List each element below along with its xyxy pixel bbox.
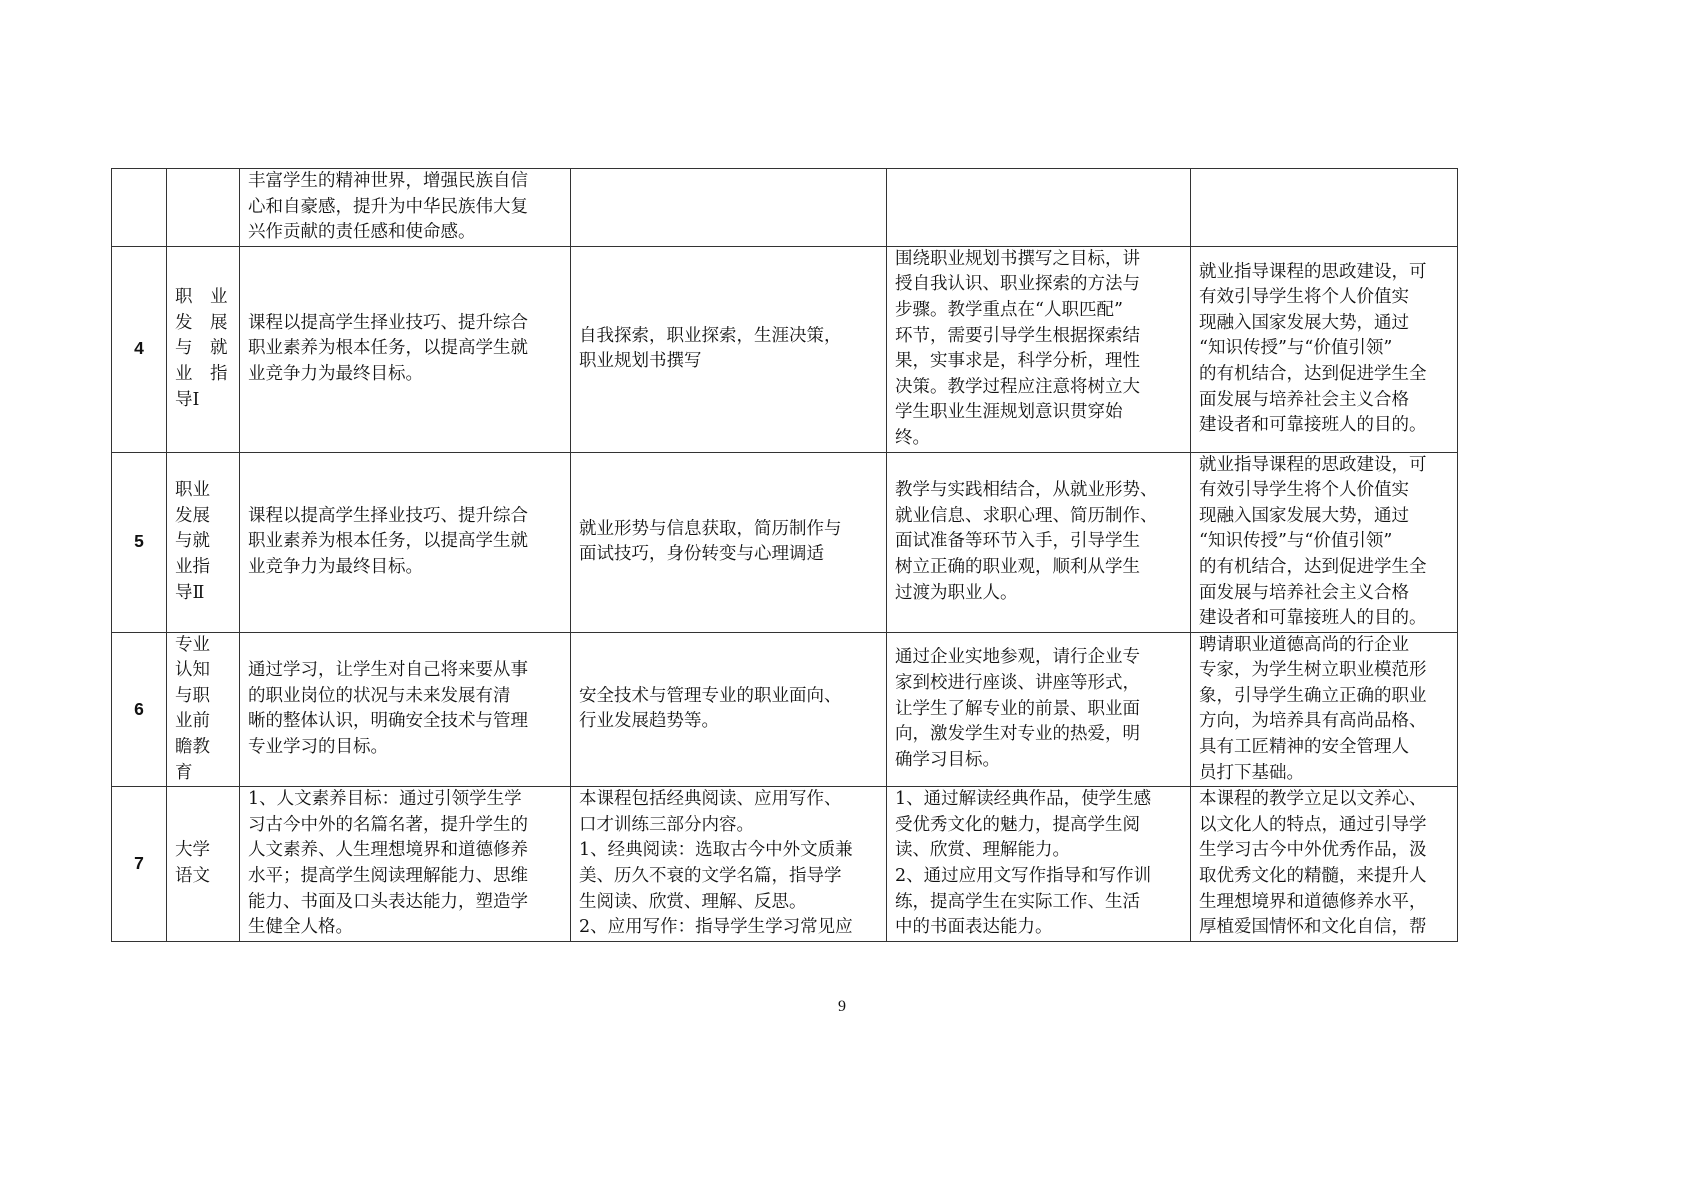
cell-text-line: 中的书面表达能力。 xyxy=(895,915,1182,941)
table-row: 5 职业发展与就业指导Ⅱ 课程以提高学生择业技巧、提升综合职业素养为根本任务，以… xyxy=(112,452,1458,632)
cell-text-line: 职 业 xyxy=(175,285,231,311)
table-body: 丰富学生的精神世界，增强民族自信心和自豪感，提升为中华民族伟大复兴作贡献的责任感… xyxy=(112,169,1458,942)
cell-text-line: 大学 xyxy=(175,838,231,864)
course-content: 本课程包括经典阅读、应用写作、口才训练三部分内容。1、经典阅读：选取古今中外文质… xyxy=(571,787,887,942)
cell-text-line: 生健全人格。 xyxy=(248,915,562,941)
course-content xyxy=(571,169,887,247)
ideological-elements xyxy=(1191,169,1458,247)
course-objective: 课程以提高学生择业技巧、提升综合职业素养为根本任务，以提高学生就业竞争力为最终目… xyxy=(240,246,571,452)
cell-text-line: 专业学习的目标。 xyxy=(248,735,562,761)
cell-text-line: 确学习目标。 xyxy=(895,748,1182,774)
cell-text-line: 的有机结合，达到促进学生全 xyxy=(1199,555,1449,581)
course-name: 专业认知与职业前瞻教育 xyxy=(167,632,240,787)
cell-text-line: 受优秀文化的魅力，提高学生阅 xyxy=(895,813,1182,839)
row-number: 4 xyxy=(112,246,167,452)
cell-text-line: 面发展与培养社会主义合格 xyxy=(1199,581,1449,607)
cell-text-line: 1、人文素养目标：通过引领学生学 xyxy=(248,787,562,813)
course-name: 大学语文 xyxy=(167,787,240,942)
cell-text-line: 晰的整体认识，明确安全技术与管理 xyxy=(248,709,562,735)
cell-text-line: 美、历久不衰的文学名篇，指导学 xyxy=(579,864,878,890)
course-name: 职 业发 展与 就业 指导Ⅰ xyxy=(167,246,240,452)
cell-text-line: 学生职业生涯规划意识贯穿始 xyxy=(895,400,1182,426)
cell-text-line: 发 展 xyxy=(175,311,231,337)
cell-text-line: 生学习古今中外优秀作品，汲 xyxy=(1199,838,1449,864)
cell-text-line: 行业发展趋势等。 xyxy=(579,709,878,735)
cell-text-line: 让学生了解专业的前景、职业面 xyxy=(895,697,1182,723)
cell-text-line: 口才训练三部分内容。 xyxy=(579,813,878,839)
cell-text-line: 与职 xyxy=(175,684,231,710)
cell-text-line: 授自我认识、职业探索的方法与 xyxy=(895,272,1182,298)
teaching-requirements: 围绕职业规划书撰写之目标，讲授自我认识、职业探索的方法与步骤。教学重点在“人职匹… xyxy=(887,246,1191,452)
cell-text-line: 认知 xyxy=(175,658,231,684)
teaching-requirements: 通过企业实地参观，请行企业专家到校进行座谈、讲座等形式，让学生了解专业的前景、职… xyxy=(887,632,1191,787)
cell-text-line: 聘请职业道德高尚的行企业 xyxy=(1199,633,1449,659)
cell-text-line: 本课程的教学立足以文养心、 xyxy=(1199,787,1449,813)
cell-text-line: 2、应用写作：指导学生学习常见应 xyxy=(579,915,878,941)
course-name xyxy=(167,169,240,247)
cell-text-line: 厚植爱国情怀和文化自信，帮 xyxy=(1199,915,1449,941)
cell-text-line: 建设者和可靠接班人的目的。 xyxy=(1199,413,1449,439)
cell-text-line: 业前 xyxy=(175,709,231,735)
cell-text-line: 职业规划书撰写 xyxy=(579,349,878,375)
cell-text-line: 专业 xyxy=(175,633,231,659)
cell-text-line: 发展 xyxy=(175,504,231,530)
cell-text-line: 象，引导学生确立正确的职业 xyxy=(1199,684,1449,710)
cell-text-line: 课程以提高学生择业技巧、提升综合 xyxy=(248,311,562,337)
table-row: 丰富学生的精神世界，增强民族自信心和自豪感，提升为中华民族伟大复兴作贡献的责任感… xyxy=(112,169,1458,247)
cell-text-line: 通过学习，让学生对自己将来要从事 xyxy=(248,658,562,684)
cell-text-line: 兴作贡献的责任感和使命感。 xyxy=(248,220,562,246)
cell-text-line: 家到校进行座谈、讲座等形式， xyxy=(895,671,1182,697)
cell-text-line: 有效引导学生将个人价值实 xyxy=(1199,478,1449,504)
cell-text-line: 读、欣赏、理解能力。 xyxy=(895,838,1182,864)
cell-text-line: “知识传授”与“价值引领” xyxy=(1199,529,1449,555)
cell-text-line: 职业素养为根本任务，以提高学生就 xyxy=(248,336,562,362)
table-row: 7 大学语文 1、人文素养目标：通过引领学生学习古今中外的名篇名著，提升学生的人… xyxy=(112,787,1458,942)
cell-text-line: 导Ⅰ xyxy=(175,388,231,414)
cell-text-line: 能力、书面及口头表达能力，塑造学 xyxy=(248,890,562,916)
cell-text-line: 面发展与培养社会主义合格 xyxy=(1199,388,1449,414)
ideological-elements: 聘请职业道德高尚的行企业专家，为学生树立职业模范形象，引导学生确立正确的职业方向… xyxy=(1191,632,1458,787)
cell-text-line: 丰富学生的精神世界，增强民族自信 xyxy=(248,169,562,195)
cell-text-line: 方向，为培养具有高尚品格、 xyxy=(1199,709,1449,735)
cell-text-line: 环节，需要引导学生根据探索结 xyxy=(895,324,1182,350)
cell-text-line: 生理想境界和道德修养水平， xyxy=(1199,890,1449,916)
cell-text-line: 专家，为学生树立职业模范形 xyxy=(1199,658,1449,684)
cell-text-line: 就业指导课程的思政建设，可 xyxy=(1199,453,1449,479)
page-number: 9 xyxy=(0,998,1684,1016)
cell-text-line: 1、通过解读经典作品，使学生感 xyxy=(895,787,1182,813)
cell-text-line: 业竞争力为最终目标。 xyxy=(248,362,562,388)
cell-text-line: 安全技术与管理专业的职业面向、 xyxy=(579,684,878,710)
cell-text-line: 的职业岗位的状况与未来发展有清 xyxy=(248,684,562,710)
cell-text-line: 课程以提高学生择业技巧、提升综合 xyxy=(248,504,562,530)
cell-text-line: 育 xyxy=(175,761,231,787)
course-objective: 1、人文素养目标：通过引领学生学习古今中外的名篇名著，提升学生的人文素养、人生理… xyxy=(240,787,571,942)
cell-text-line: 树立正确的职业观，顺利从学生 xyxy=(895,555,1182,581)
row-number: 6 xyxy=(112,632,167,787)
cell-text-line: 建设者和可靠接班人的目的。 xyxy=(1199,606,1449,632)
cell-text-line: “知识传授”与“价值引领” xyxy=(1199,336,1449,362)
cell-text-line: 步骤。教学重点在“人职匹配” xyxy=(895,298,1182,324)
cell-text-line: 瞻教 xyxy=(175,735,231,761)
cell-text-line: 员打下基础。 xyxy=(1199,761,1449,787)
cell-text-line: 具有工匠精神的安全管理人 xyxy=(1199,735,1449,761)
cell-text-line: 业指 xyxy=(175,555,231,581)
cell-text-line: 与就 xyxy=(175,529,231,555)
course-objective: 课程以提高学生择业技巧、提升综合职业素养为根本任务，以提高学生就业竞争力为最终目… xyxy=(240,452,571,632)
cell-text-line: 终。 xyxy=(895,426,1182,452)
cell-text-line: 职业素养为根本任务，以提高学生就 xyxy=(248,529,562,555)
course-table: 丰富学生的精神世界，增强民族自信心和自豪感，提升为中华民族伟大复兴作贡献的责任感… xyxy=(111,168,1458,942)
cell-text-line: 以文化人的特点，通过引导学 xyxy=(1199,813,1449,839)
teaching-requirements: 1、通过解读经典作品，使学生感受优秀文化的魅力，提高学生阅读、欣赏、理解能力。2… xyxy=(887,787,1191,942)
cell-text-line: 1、经典阅读：选取古今中外文质兼 xyxy=(579,838,878,864)
course-content: 自我探索，职业探索，生涯决策，职业规划书撰写 xyxy=(571,246,887,452)
cell-text-line: 水平；提高学生阅读理解能力、思维 xyxy=(248,864,562,890)
course-objective: 丰富学生的精神世界，增强民族自信心和自豪感，提升为中华民族伟大复兴作贡献的责任感… xyxy=(240,169,571,247)
table-row: 6 专业认知与职业前瞻教育 通过学习，让学生对自己将来要从事的职业岗位的状况与未… xyxy=(112,632,1458,787)
cell-text-line: 有效引导学生将个人价值实 xyxy=(1199,285,1449,311)
cell-text-line: 本课程包括经典阅读、应用写作、 xyxy=(579,787,878,813)
row-number: 7 xyxy=(112,787,167,942)
course-objective: 通过学习，让学生对自己将来要从事的职业岗位的状况与未来发展有清晰的整体认识，明确… xyxy=(240,632,571,787)
cell-text-line: 过渡为职业人。 xyxy=(895,581,1182,607)
course-content: 就业形势与信息获取，简历制作与面试技巧，身份转变与心理调适 xyxy=(571,452,887,632)
cell-text-line: 教学与实践相结合，从就业形势、 xyxy=(895,478,1182,504)
cell-text-line: 取优秀文化的精髓，来提升人 xyxy=(1199,864,1449,890)
cell-text-line: 决策。教学过程应注意将树立大 xyxy=(895,375,1182,401)
cell-text-line: 的有机结合，达到促进学生全 xyxy=(1199,362,1449,388)
course-name: 职业发展与就业指导Ⅱ xyxy=(167,452,240,632)
cell-text-line: 现融入国家发展大势，通过 xyxy=(1199,504,1449,530)
cell-text-line: 生阅读、欣赏、理解、反思。 xyxy=(579,890,878,916)
cell-text-line: 业竞争力为最终目标。 xyxy=(248,555,562,581)
cell-text-line: 习古今中外的名篇名著，提升学生的 xyxy=(248,813,562,839)
row-number: 5 xyxy=(112,452,167,632)
table-row: 4 职 业发 展与 就业 指导Ⅰ 课程以提高学生择业技巧、提升综合职业素养为根本… xyxy=(112,246,1458,452)
cell-text-line: 面试技巧，身份转变与心理调适 xyxy=(579,542,878,568)
cell-text-line: 通过企业实地参观，请行企业专 xyxy=(895,645,1182,671)
row-number xyxy=(112,169,167,247)
cell-text-line: 面试准备等环节入手，引导学生 xyxy=(895,529,1182,555)
cell-text-line: 业 指 xyxy=(175,362,231,388)
cell-text-line: 导Ⅱ xyxy=(175,581,231,607)
cell-text-line: 就业形势与信息获取，简历制作与 xyxy=(579,517,878,543)
teaching-requirements: 教学与实践相结合，从就业形势、就业信息、求职心理、简历制作、面试准备等环节入手，… xyxy=(887,452,1191,632)
ideological-elements: 就业指导课程的思政建设，可有效引导学生将个人价值实现融入国家发展大势，通过“知识… xyxy=(1191,246,1458,452)
cell-text-line: 心和自豪感，提升为中华民族伟大复 xyxy=(248,195,562,221)
cell-text-line: 自我探索，职业探索，生涯决策， xyxy=(579,324,878,350)
teaching-requirements xyxy=(887,169,1191,247)
cell-text-line: 就业信息、求职心理、简历制作、 xyxy=(895,504,1182,530)
cell-text-line: 果，实事求是，科学分析，理性 xyxy=(895,349,1182,375)
cell-text-line: 现融入国家发展大势，通过 xyxy=(1199,311,1449,337)
cell-text-line: 与 就 xyxy=(175,336,231,362)
course-content: 安全技术与管理专业的职业面向、行业发展趋势等。 xyxy=(571,632,887,787)
cell-text-line: 向，激发学生对专业的热爱，明 xyxy=(895,722,1182,748)
cell-text-line: 语文 xyxy=(175,864,231,890)
cell-text-line: 围绕职业规划书撰写之目标，讲 xyxy=(895,247,1182,273)
cell-text-line: 就业指导课程的思政建设，可 xyxy=(1199,260,1449,286)
ideological-elements: 本课程的教学立足以文养心、以文化人的特点，通过引导学生学习古今中外优秀作品，汲取… xyxy=(1191,787,1458,942)
cell-text-line: 人文素养、人生理想境界和道德修养 xyxy=(248,838,562,864)
cell-text-line: 练，提高学生在实际工作、生活 xyxy=(895,890,1182,916)
ideological-elements: 就业指导课程的思政建设，可有效引导学生将个人价值实现融入国家发展大势，通过“知识… xyxy=(1191,452,1458,632)
cell-text-line: 职业 xyxy=(175,478,231,504)
cell-text-line: 2、通过应用文写作指导和写作训 xyxy=(895,864,1182,890)
